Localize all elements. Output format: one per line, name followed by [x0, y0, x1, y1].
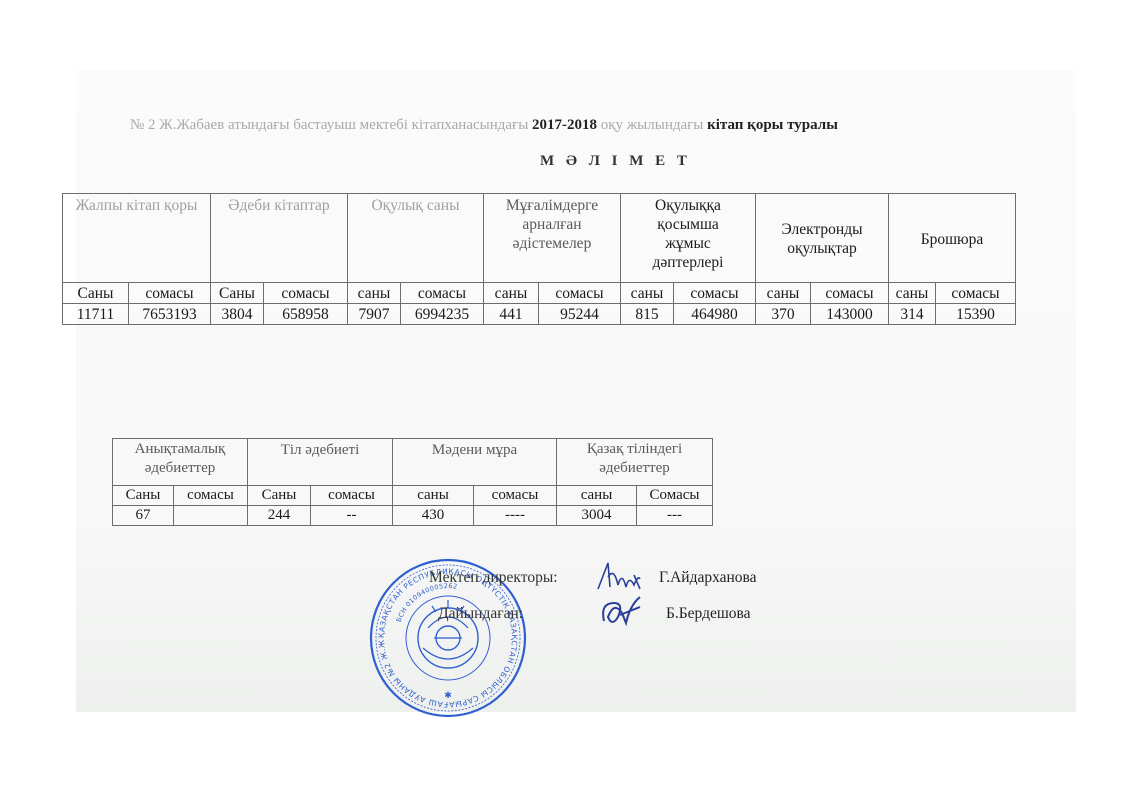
document-title: № 2 Ж.Жабаев атындағы бастауыш мектебі к…	[130, 117, 1070, 134]
cell-count: 3004	[557, 506, 637, 526]
col-count: саны	[756, 283, 811, 304]
table-header-row: Жалпы кітап қоры Әдеби кітаптар Оқулық с…	[63, 194, 1016, 283]
cell-sum: 15390	[936, 304, 1016, 325]
preparer-label: Дайындаған:	[438, 605, 523, 623]
table-subheader-row: Саны сомасы Саны сомасы саны сомасы саны…	[113, 486, 713, 506]
col-sum: сомасы	[264, 283, 348, 304]
col-sum: сомасы	[174, 486, 248, 506]
col-sum: сомасы	[539, 283, 621, 304]
col-count: Саны	[113, 486, 174, 506]
table-row: 11711 7653193 3804 658958 7907 6994235 4…	[63, 304, 1016, 325]
cell-count: 370	[756, 304, 811, 325]
cell-sum: 7653193	[129, 304, 211, 325]
director-name: Г.Айдарханова	[659, 569, 757, 587]
director-signature-icon	[594, 557, 644, 593]
cell-sum: 464980	[674, 304, 756, 325]
table-header-row: Анықтамалық әдебиеттер Тіл әдебиеті Мәде…	[113, 439, 713, 486]
title-part1: № 2 Ж.Жабаев атындағы бастауыш мектебі к…	[130, 117, 532, 133]
additional-fund-table: Анықтамалық әдебиеттер Тіл әдебиеті Мәде…	[112, 438, 713, 526]
cell-sum: 658958	[264, 304, 348, 325]
cell-count: 430	[393, 506, 474, 526]
cell-count: 67	[113, 506, 174, 526]
col-sum: сомасы	[401, 283, 484, 304]
cell-count: 441	[484, 304, 539, 325]
cell-sum: ---	[637, 506, 713, 526]
group-header-e-textbooks: Электронды оқулықтар	[756, 194, 889, 283]
cell-sum: --	[311, 506, 393, 526]
col-sum: сомасы	[936, 283, 1016, 304]
col-count: саны	[889, 283, 936, 304]
group-header-language-lit: Тіл әдебиеті	[248, 439, 393, 486]
cell-sum	[174, 506, 248, 526]
preparer-signature-icon	[598, 593, 646, 629]
col-sum: сомасы	[674, 283, 756, 304]
group-header-workbooks: Оқулыққа қосымша жұмыс дәптерлері	[621, 194, 756, 283]
director-label: Мектеп директоры:	[429, 569, 558, 587]
col-count: саны	[348, 283, 401, 304]
group-header-cultural-heritage: Мәдени мұра	[393, 439, 557, 486]
col-sum: сомасы	[311, 486, 393, 506]
col-count: саны	[621, 283, 674, 304]
cell-sum: 6994235	[401, 304, 484, 325]
col-count: Саны	[248, 486, 311, 506]
table-row: 67 244 -- 430 ---- 3004 ---	[113, 506, 713, 526]
group-header-teacher-methods: Мұғалімдерге арналған әдістемелер	[484, 194, 621, 283]
col-count: Саны	[211, 283, 264, 304]
cell-sum: 143000	[811, 304, 889, 325]
title-part3: кітап қоры туралы	[707, 117, 838, 133]
preparer-name: Б.Бердешова	[666, 605, 751, 623]
cell-sum: 95244	[539, 304, 621, 325]
cell-count: 7907	[348, 304, 401, 325]
col-count: саны	[393, 486, 474, 506]
cell-count: 815	[621, 304, 674, 325]
group-header-brochure: Брошюра	[889, 194, 1016, 283]
col-sum: сомасы	[811, 283, 889, 304]
document-heading: М Ә Л І М Е Т	[540, 153, 691, 170]
col-sum: сомасы	[474, 486, 557, 506]
col-count: Саны	[63, 283, 129, 304]
title-part2: оқу жылындағы	[597, 117, 707, 133]
cell-count: 314	[889, 304, 936, 325]
cell-sum: ----	[474, 506, 557, 526]
group-header-reference: Анықтамалық әдебиеттер	[113, 439, 248, 486]
svg-text:✱: ✱	[444, 690, 452, 700]
col-count: саны	[484, 283, 539, 304]
book-fund-table: Жалпы кітап қоры Әдеби кітаптар Оқулық с…	[62, 193, 1016, 325]
group-header-literary: Әдеби кітаптар	[211, 194, 348, 283]
col-sum: сомасы	[129, 283, 211, 304]
title-years: 2017-2018	[532, 117, 597, 133]
cell-count: 11711	[63, 304, 129, 325]
table-subheader-row: Саны сомасы Саны сомасы саны сомасы саны…	[63, 283, 1016, 304]
col-sum: Сомасы	[637, 486, 713, 506]
group-header-kazakh-lit: Қазақ тіліндегі әдебиеттер	[557, 439, 713, 486]
cell-count: 3804	[211, 304, 264, 325]
col-count: саны	[557, 486, 637, 506]
group-header-textbooks: Оқулық саны	[348, 194, 484, 283]
cell-count: 244	[248, 506, 311, 526]
group-header-total: Жалпы кітап қоры	[63, 194, 211, 283]
